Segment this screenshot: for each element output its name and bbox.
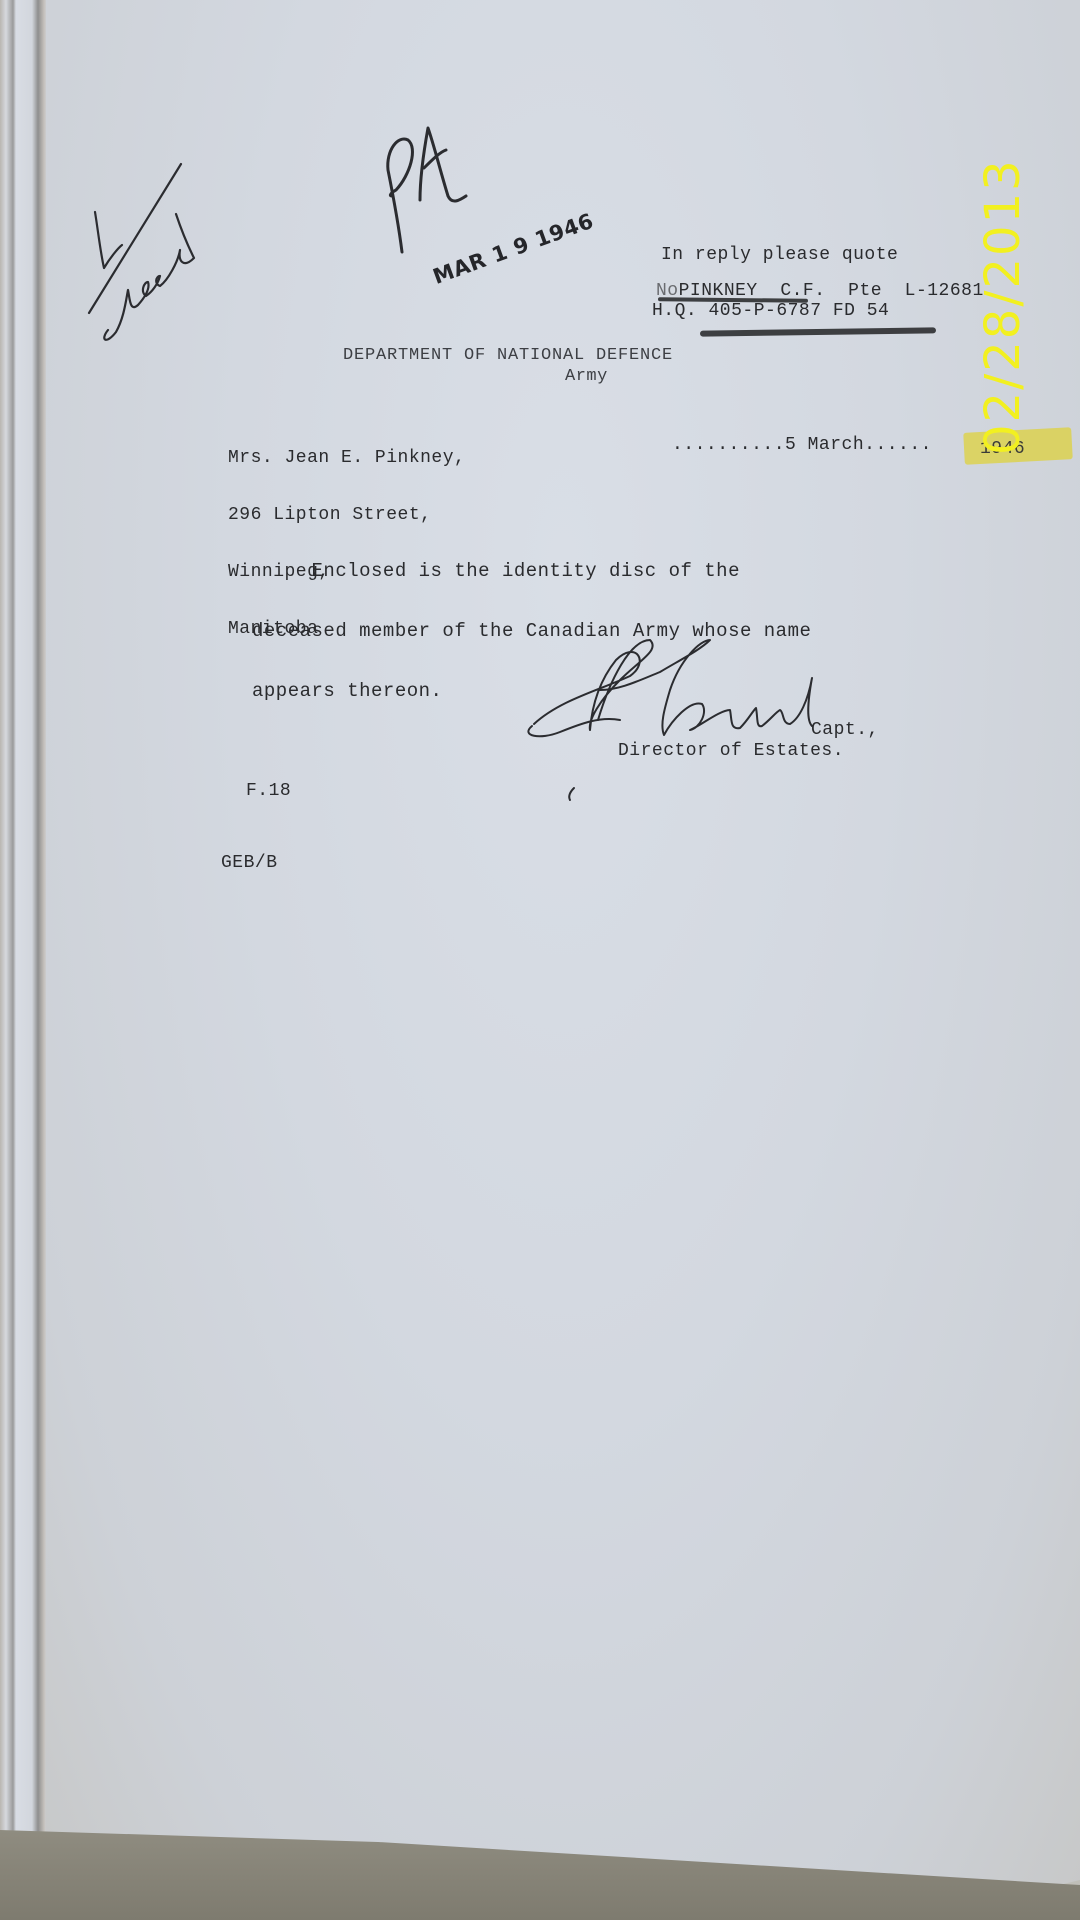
file-reference: F.18 GEB/B: [246, 731, 291, 923]
reference-line-2: H.Q. 405-P-6787 FD 54: [652, 301, 889, 321]
letter-date: ..........5 March......: [672, 435, 932, 455]
reply-quote-label: In reply please quote: [661, 245, 898, 265]
department-heading: DEPARTMENT OF NATIONAL DEFENCE: [343, 346, 673, 366]
document-photo: MAR 1 9 1946 In reply please quote NoPIN…: [0, 0, 1080, 1920]
letter-body: Enclosed is the identity disc of the dec…: [252, 521, 811, 741]
body-line: Enclosed is the identity disc of the: [252, 561, 811, 581]
typist-initials: GEB/B: [221, 851, 291, 875]
body-line: deceased member of the Canadian Army who…: [252, 621, 811, 641]
stacked-paper-edges: [0, 0, 48, 1860]
signatory-title: Director of Estates.: [618, 741, 844, 761]
form-number: F.18: [246, 779, 291, 803]
date-leader: ..........: [672, 435, 785, 455]
branch-heading: Army: [565, 367, 608, 387]
camera-timestamp: 02/28/2013: [975, 158, 1031, 455]
signatory-rank: Capt.,: [811, 720, 879, 740]
recipient-name: Mrs. Jean E. Pinkney,: [228, 449, 465, 468]
body-line: appears thereon.: [252, 681, 811, 701]
date-day-month: 5 March: [785, 435, 864, 455]
date-leader: ......: [864, 435, 932, 455]
